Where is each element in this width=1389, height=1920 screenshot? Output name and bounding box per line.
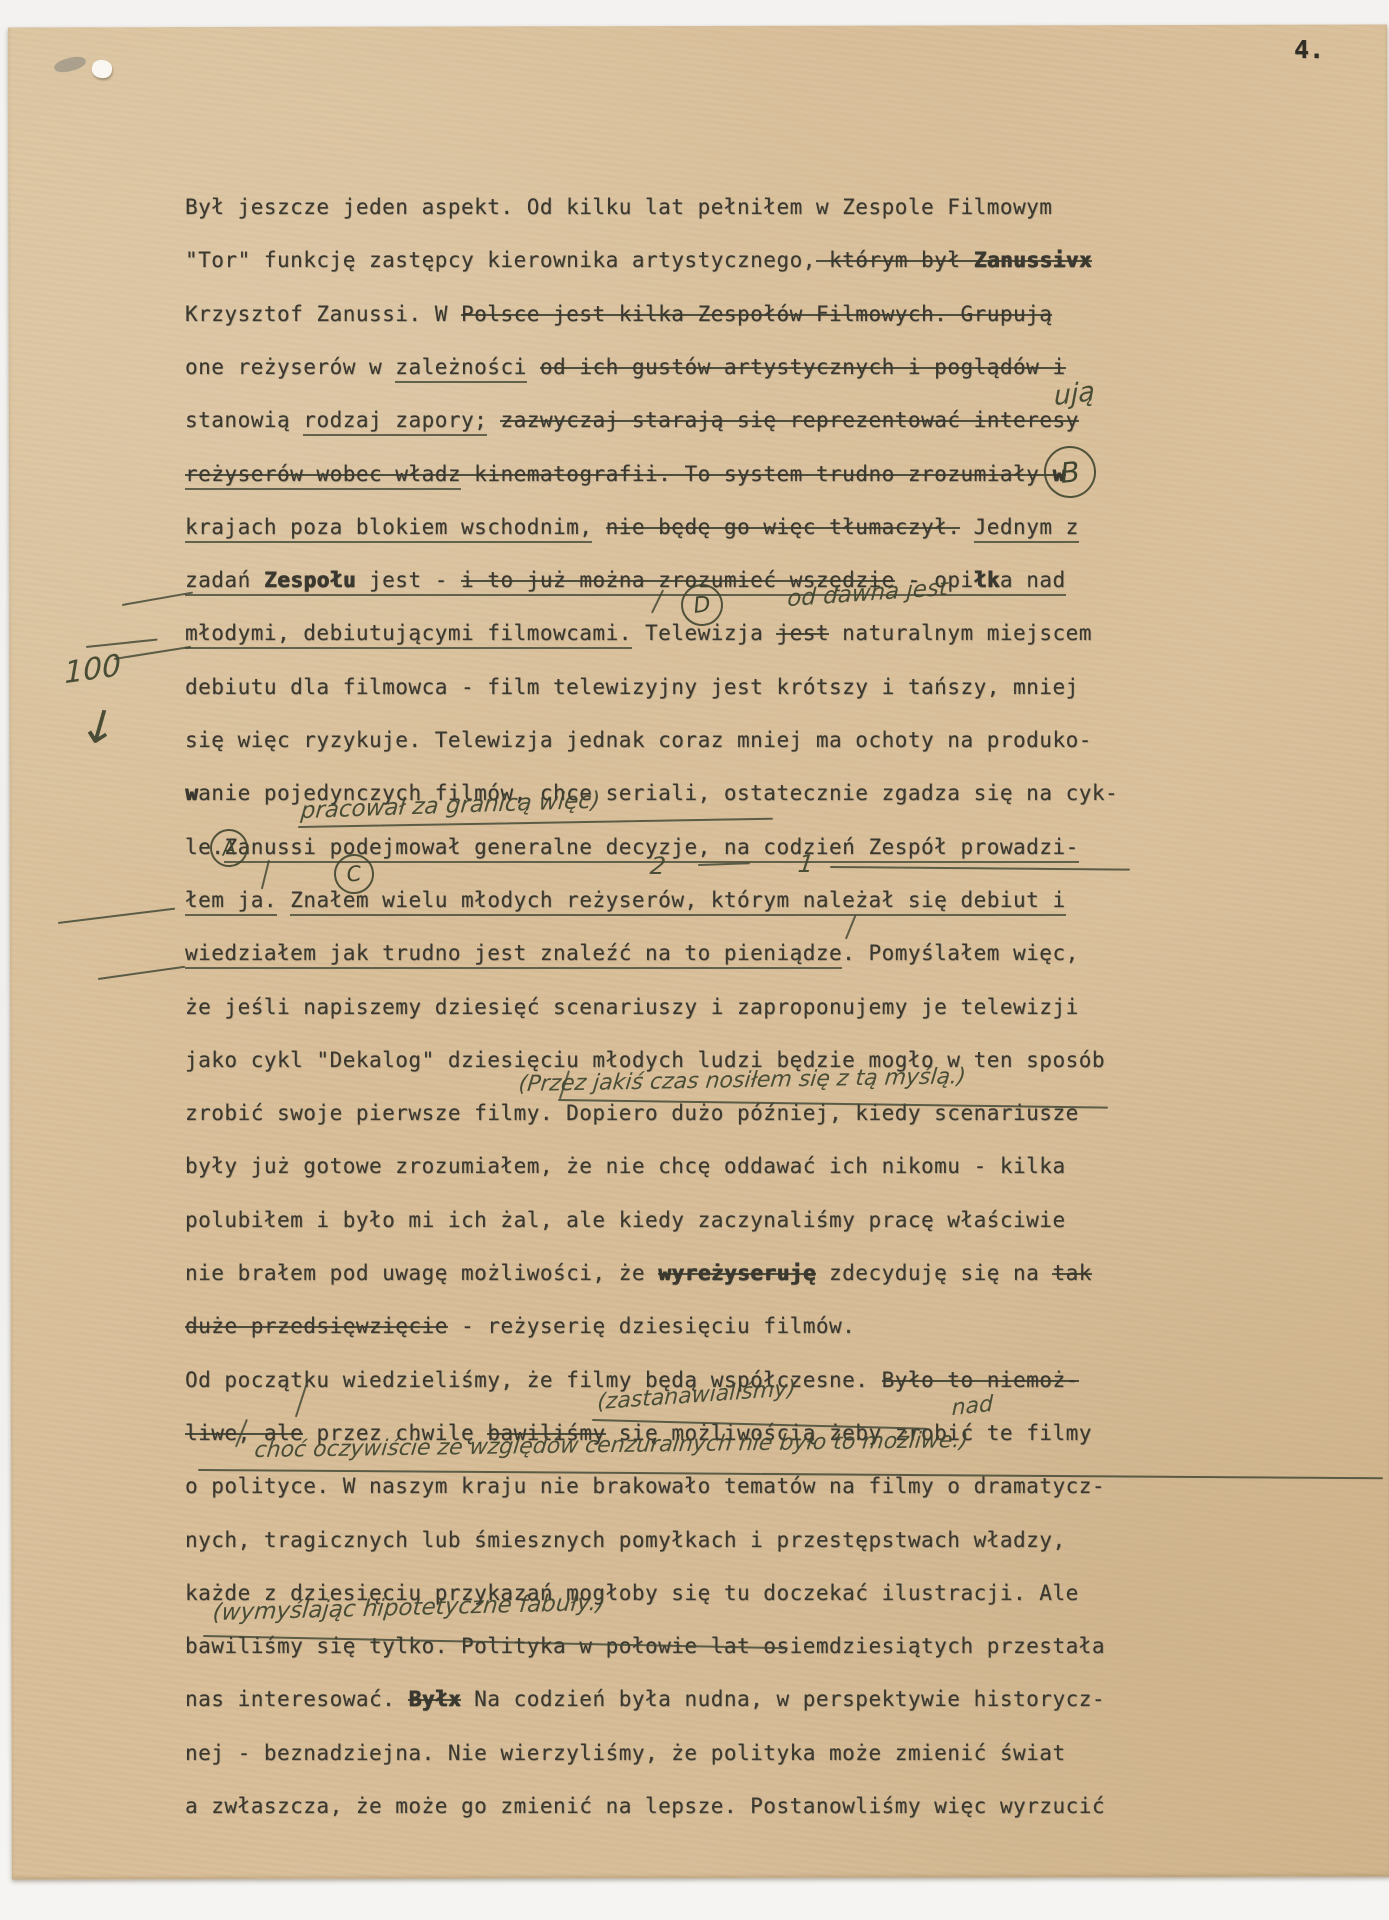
struck-text: reżyserów wobec władz [185, 462, 461, 490]
typed-text: Na codzień była nudna, w perspektywie hi… [461, 1687, 1105, 1711]
typescript-line: nych, tragicznych lub śmiesznych pomyłka… [185, 1527, 1066, 1554]
typed-text [592, 515, 605, 539]
typescript-line: że jeśli napiszemy dziesięć scenariuszy … [185, 994, 1079, 1021]
typed-text: nych, tragicznych lub śmiesznych pomyłka… [185, 1528, 1066, 1552]
typescript-line: reżyserów wobec władz kinematografii. To… [185, 461, 1066, 488]
typed-text: zdecyduję się na [816, 1261, 1053, 1285]
struck-text: Polsce jest kilka Zespołów Filmowych. Gr… [461, 302, 1052, 326]
typescript-line: debiutu dla filmowca - film telewizyjny … [185, 674, 1079, 701]
typescript-line: duże przedsięwzięcie - reżyserię dziesię… [185, 1313, 855, 1340]
struck-text: Byłx [408, 1687, 461, 1711]
typed-text: debiutu dla filmowca - film telewizyjny … [185, 675, 1079, 699]
typescript-line: nas interesować. Byłx Na codzień była nu… [185, 1686, 1105, 1713]
typed-text [960, 515, 973, 539]
handwritten-note: nad [952, 1392, 994, 1422]
underlined-text: Zanussi podejmował generalne decyzje, [224, 835, 710, 863]
struck-text [461, 462, 474, 486]
underlined-text: rodzaj zapory; [303, 408, 487, 436]
typed-text: one reżyserów w [185, 355, 395, 379]
typed-text [277, 888, 290, 912]
typescript-line: Krzysztof Zanussi. W Polsce jest kilka Z… [185, 301, 1052, 328]
typed-text: w [185, 781, 198, 805]
handwritten-note: ują [1054, 376, 1095, 412]
underlined-text: zadań [185, 568, 264, 596]
struck-text: zazwyczaj starają się reprezentować inte… [500, 408, 1078, 432]
struck-text: wyreżyseruję [658, 1261, 816, 1285]
typed-text: jako cykl "Dekalog" dziesięciu młodych l… [185, 1048, 1105, 1072]
struck-text: którym był [816, 248, 974, 272]
typescript-line: le.Zanussi podejmował generalne decyzje,… [185, 834, 1079, 861]
typescript-line: stanowią rodzaj zapory; zazwyczaj staraj… [185, 407, 1079, 434]
typescript-line: były już gotowe zrozumiałem, że nie chcę… [185, 1153, 1066, 1180]
typed-text: że jeśli napiszemy dziesięć scenariuszy … [185, 995, 1079, 1019]
typed-text: naturalnym miejscem [829, 621, 1092, 645]
typed-text: nie brałem pod uwagę możliwości, że [185, 1261, 658, 1285]
struck-text: nie będę go więc tłumaczył. [606, 515, 961, 539]
typed-text: się więc ryzykuje. Telewizja jednak cora… [185, 728, 1092, 752]
typed-text: stanowią [185, 408, 303, 432]
scan-background: { "page": { "number": "4.", "paper_color… [0, 0, 1389, 1920]
typed-text: o polityce. W naszym kraju nie brakowało… [185, 1474, 1105, 1498]
typescript-line: młodymi, debiutującymi filmowcami. Telew… [185, 620, 1092, 647]
typescript-line: nie brałem pod uwagę możliwości, że wyre… [185, 1260, 1092, 1287]
typed-text: były już gotowe zrozumiałem, że nie chcę… [185, 1154, 1066, 1178]
typed-text: Krzysztof Zanussi. W [185, 302, 461, 326]
typed-text: - reżyserię dziesięciu filmów. [448, 1314, 855, 1338]
struck-text: Zanussivx [974, 248, 1092, 272]
underlined-text: na codzień Zespół prowadzi- [711, 835, 1079, 863]
typescript-line: a zwłaszcza, że może go zmienić na lepsz… [185, 1793, 1105, 1820]
typescript-line: wiedziałem jak trudno jest znaleźć na to… [185, 940, 1079, 967]
typed-text: "Tor" funkcję zastępcy kierownika artyst… [185, 248, 816, 272]
typescript-line: łem ja. Znałem wielu młodych reżyserów, … [185, 887, 1066, 914]
typed-text [527, 355, 540, 379]
typescript-line: się więc ryzykuje. Telewizja jednak cora… [185, 727, 1092, 754]
struck-text: duże przedsięwzięcie [185, 1314, 448, 1338]
typed-text: nej - beznadziejna. Nie wierzyliśmy, że … [185, 1741, 1066, 1765]
typescript-line: "Tor" funkcję zastępcy kierownika artyst… [185, 247, 1092, 274]
typescript-line: nej - beznadziejna. Nie wierzyliśmy, że … [185, 1740, 1066, 1767]
page-number: 4. [1294, 36, 1324, 64]
typed-text: nas interesować. [185, 1687, 408, 1711]
typed-text: a zwłaszcza, że może go zmienić na lepsz… [185, 1794, 1105, 1818]
typescript-line: krajach poza blokiem wschodnim, nie będę… [185, 514, 1079, 541]
typescript-line: o polityce. W naszym kraju nie brakowało… [185, 1473, 1105, 1500]
typescript-line: polubiłem i było mi ich żal, ale kiedy z… [185, 1207, 1066, 1234]
typed-text: polubiłem i było mi ich żal, ale kiedy z… [185, 1208, 1066, 1232]
underlined-text: wiedziałem jak trudno jest znaleźć na to… [185, 941, 842, 969]
underlined-text: młodymi, debiutującymi filmowcami. [185, 621, 632, 649]
typed-text: Był jeszcze jeden aspekt. Od kilku lat p… [185, 195, 1052, 219]
typescript-line: one reżyserów w zależności od ich gustów… [185, 354, 1066, 381]
underlined-text: łk [974, 568, 1000, 596]
struck-text: od ich gustów artystycznych i poglądów i [540, 355, 1066, 379]
underlined-text: zależności [395, 355, 526, 383]
struck-text: tak [1052, 1261, 1091, 1285]
underlined-text: Znałem wielu młodych reżyserów, którym n… [290, 888, 1065, 916]
struck-text: Było to niemoż- [882, 1368, 1079, 1392]
typescript-line: Był jeszcze jeden aspekt. Od kilku lat p… [185, 194, 1052, 221]
underlined-text: krajach poza blokiem wschodnim, [185, 515, 592, 543]
underlined-text: Zespołu [264, 568, 356, 596]
typed-text [487, 408, 500, 432]
underlined-text: łem ja. [185, 888, 277, 916]
underlined-text: jest - [356, 568, 461, 596]
underlined-text: Jednym z [974, 515, 1079, 543]
struck-text: jest [776, 621, 829, 645]
typed-text: . Pomyślałem więc, [842, 941, 1079, 965]
underlined-text: a nad [1000, 568, 1066, 596]
struck-text: kinematografii. To system trudno zrozumi… [474, 462, 1052, 486]
